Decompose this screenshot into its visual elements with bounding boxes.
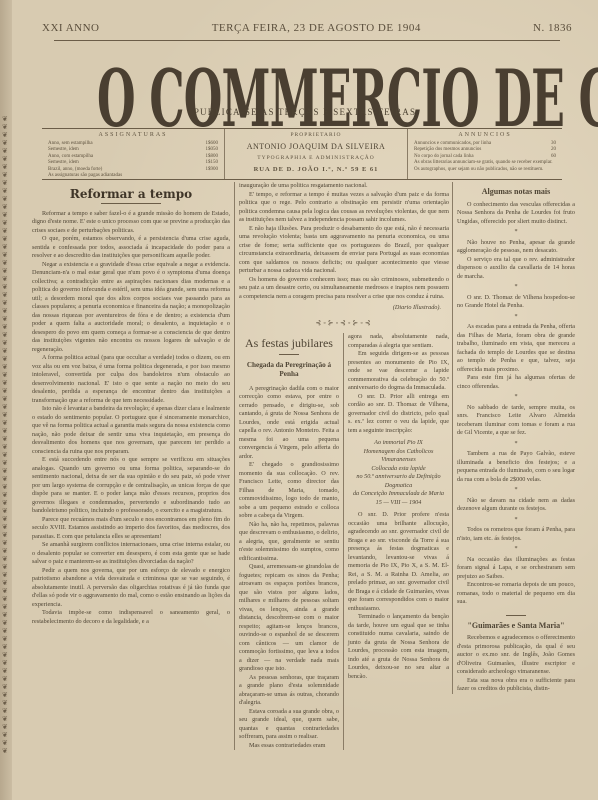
asterisk-separator-icon: * <box>457 283 575 292</box>
newspaper-page: XXI ANNO TERÇA FEIRA, 23 DE AGOSTO DE 19… <box>12 0 598 800</box>
asterisk-separator-icon: * <box>457 228 575 237</box>
asterisk-separator-icon: * <box>457 393 575 402</box>
festas-article: As festas jubilares Chegada da Peregrina… <box>239 333 449 750</box>
note-item: As escadas para a entrada da Penha, offe… <box>457 323 575 374</box>
subscriptions-note: As assignaturas são pagas adiantadas <box>48 173 218 180</box>
advertising-heading: ANNUNCIOS <box>414 132 556 139</box>
column-3: Algumas notas mais O conhecimento das ve… <box>452 182 575 694</box>
paragraph: A peregrinação dadila com o maior correc… <box>239 385 339 462</box>
paragraph: Todavia impõe-se como indispensavel o sa… <box>32 609 230 626</box>
issue-number: N. 1836 <box>533 22 572 34</box>
page-bottom-margin <box>24 752 598 800</box>
paragraph: Em seguida dirigem-se as pessoas present… <box>348 350 449 393</box>
editor-label: PROPRIETARIO <box>231 132 401 139</box>
paragraph: Estava coroada a sua grande obra, o seu … <box>239 708 339 742</box>
divider <box>54 40 560 41</box>
asterisk-separator-icon: * <box>457 516 575 525</box>
note-item: Não se davam na cidade nem as dadas deze… <box>457 497 575 514</box>
article-headline: Reformar a tempo <box>32 190 230 199</box>
note-item: Para este fim já ha algumas ofertas de c… <box>457 374 575 391</box>
paragraph: E está succedendo entre nós o que sempre… <box>32 456 230 516</box>
note-item: O serviço era tal que o rev. administrad… <box>457 256 575 282</box>
paragraph: O snr. D. Prior alli entrega em cordão a… <box>348 393 449 436</box>
subscriptions-box: ASSIGNATURAS Anno, sem estampilha1$600 S… <box>42 129 225 179</box>
paragraph: Quasi, arremessam-se girandolas de fogue… <box>239 563 339 674</box>
paragraph: E não haja illusões. Para produzir o des… <box>239 225 449 276</box>
note-item: Esta sua nova obra era o sufficiente par… <box>457 677 575 694</box>
masthead-subtitle: PUBLICA-SE AS TERÇAS E SEXTAS-FEIRAS <box>12 107 598 117</box>
paragraph: A forma politica actual (para que occult… <box>32 354 230 405</box>
paragraph: Mas essas contrariedades eram <box>239 742 339 751</box>
binding-ornament-icon: ❦❦❦❦❦❦❦❦❦❦❦❦❦❦❦❦❦❦❦❦❦❦❦❦❦❦❦❦❦❦❦❦❦❦❦❦❦❦❦❦… <box>2 115 8 755</box>
info-bar: ASSIGNATURAS Anno, sem estampilha1$600 S… <box>42 128 562 180</box>
note-item: Recebemos e agradecemos o offerecimento … <box>457 634 575 677</box>
advertising-box: ANNUNCIOS Annuncios e communicados, por … <box>408 129 562 179</box>
festas-left-column: As festas jubilares Chegada da Peregrina… <box>239 333 344 750</box>
advertising-note: Os autographos, quer sejam ou não public… <box>414 167 556 174</box>
paragraph: O que, porém, estamos observando, é a pe… <box>32 235 230 261</box>
column-1: Reformar a tempo Reformar a tempo e sabe… <box>32 182 230 626</box>
article-source: (Diario Illustrado). <box>247 304 441 313</box>
paragraph: Parece que recuámos mais d'um seculo e n… <box>32 516 230 542</box>
note-item: Todos os romeiros que foram á Penha, par… <box>457 526 575 543</box>
divider <box>101 203 161 204</box>
note-item: No sabbado de tarde, sempre muita, os sn… <box>457 404 575 438</box>
divider <box>506 615 526 616</box>
article-headline: As festas jubilares <box>239 339 339 348</box>
sidebar-headline: Algumas notas mais <box>457 188 575 197</box>
asterisk-separator-icon: * <box>457 486 575 495</box>
ornament-divider-icon: ⊰◦⊱◦⊰◦⊱◦⊰ <box>239 319 449 328</box>
note-item: O snr. D. Thomaz de Vilhena hospedou-se … <box>457 294 575 311</box>
paragraph: As pessoas senhoras, que traçaram a gran… <box>239 674 339 708</box>
paragraph: Isto não é levantar a bandeira da revolu… <box>32 405 230 456</box>
paragraph: O snr. D. Prior profere n'esta occasião … <box>348 511 449 613</box>
paragraph: Negar a existencia e a gravidade d'essa … <box>32 261 230 355</box>
paragraph: inauguração de uma politica resgatamento… <box>239 182 449 191</box>
subscriptions-heading: ASSIGNATURAS <box>48 132 218 139</box>
lapide-inscription: Ao immortal Pio IX Homenagem dos Catholi… <box>348 439 449 507</box>
note-item: Na occasião das illuminações as festas f… <box>457 556 575 582</box>
paragraph: Não ha, não ha, repetimos, palavras que … <box>239 521 339 564</box>
paragraph: Terminado o lançamento da benção da tard… <box>348 613 449 681</box>
asterisk-separator-icon: * <box>457 545 575 554</box>
note-item: Tambem a rua de Payo Galvão, esteve illu… <box>457 450 575 484</box>
paragraph: Se amanhã surgirem conflictos internacio… <box>32 541 230 567</box>
column-2: inauguração de uma politica resgatamento… <box>234 182 449 750</box>
note-item: O conhecimento das vesculas offerecidas … <box>457 201 575 227</box>
volume-label: XXI ANNO <box>42 22 99 34</box>
paragraph: agora nada, absolutamente nada, comparad… <box>348 333 449 350</box>
editor-name: ANTONIO JOAQUIM DA SILVEIRA <box>231 144 401 151</box>
dateline: XXI ANNO TERÇA FEIRA, 23 DE AGOSTO DE 19… <box>42 22 572 34</box>
asterisk-separator-icon: * <box>457 313 575 322</box>
note-item: Não houve no Penha, apesar da grande agg… <box>457 239 575 256</box>
divider <box>279 354 299 355</box>
advertising-note: As obras litterarias annunciam-se gratis… <box>414 160 556 167</box>
paragraph: E' tempo, e reformar a tempo é muitas ve… <box>239 191 449 225</box>
article-subheadline: Chegada da Peregrinação á Penha <box>239 361 339 379</box>
typography-label: TYPOGRAPHIA E ADMINISTRAÇÃO <box>231 155 401 162</box>
note-item: Encontrou-se romaria depois de um pouco,… <box>457 581 575 607</box>
editor-box: PROPRIETARIO ANTONIO JOAQUIM DA SILVEIRA… <box>225 129 408 179</box>
editor-address: RUA DE D. JOÃO I.º, N.º 59 E 61 <box>231 167 401 174</box>
asterisk-separator-icon: * <box>457 440 575 449</box>
festas-right-column: agora nada, absolutamente nada, comparad… <box>344 333 449 750</box>
paragraph: E' chegado o grandiosissimo momento da s… <box>239 461 339 521</box>
paragraph: Os homens do governo conhecem isso; mas … <box>239 276 449 302</box>
issue-date: TERÇA FEIRA, 23 DE AGOSTO DE 1904 <box>212 22 421 34</box>
paragraph: Pedir a quem nos governa, que por um esf… <box>32 567 230 610</box>
sidebar-headline-2: "Guimarães e Santa Maria" <box>457 622 575 631</box>
paragraph: Reformar a tempo e saber fazel-o é a gra… <box>32 210 230 236</box>
